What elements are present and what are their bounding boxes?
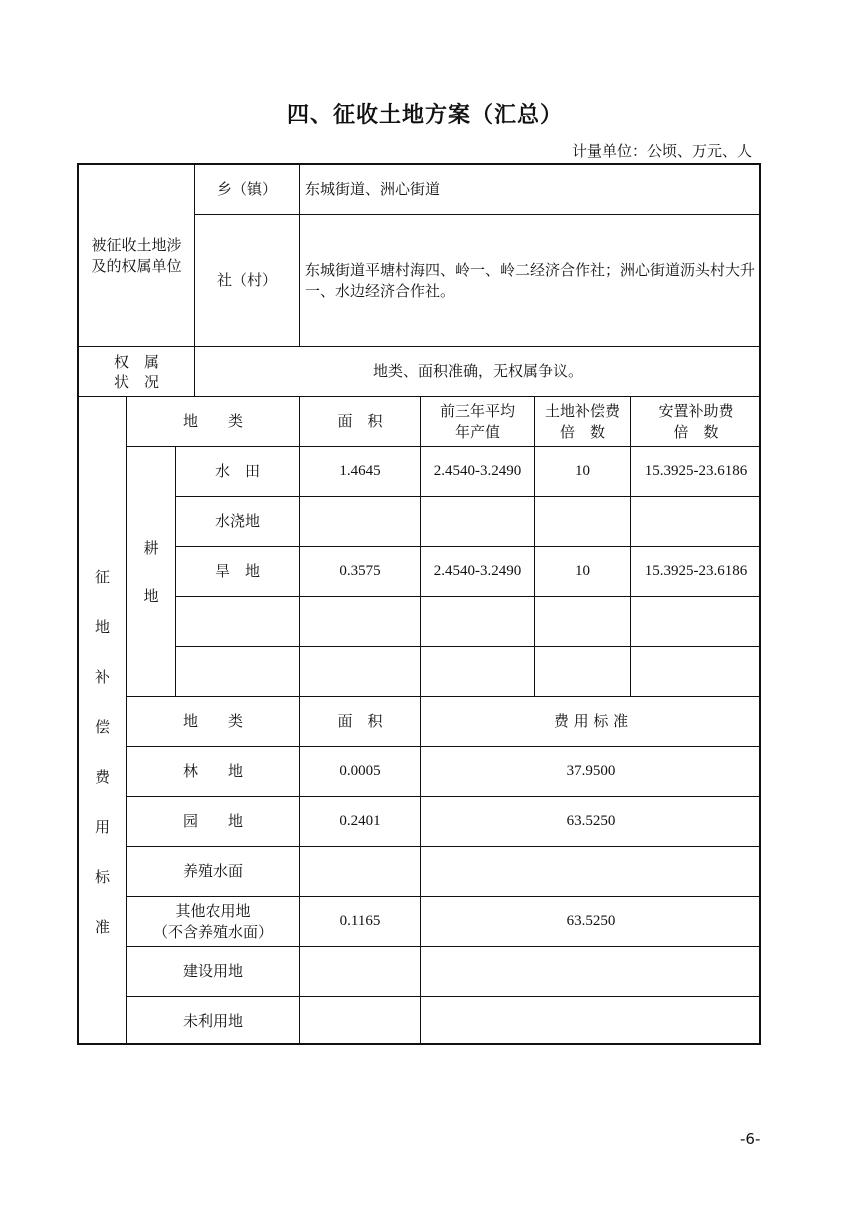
farmland-label: 耕 地 xyxy=(127,447,176,697)
resettle-cell: 15.3925-23.6186 xyxy=(631,547,761,597)
land-type-cell: 未利用地 xyxy=(127,997,300,1045)
land-type-cell: 林 地 xyxy=(127,747,300,797)
header2-land-type: 地 类 xyxy=(127,697,300,747)
village-label: 社（村） xyxy=(195,215,300,347)
header2-fee-standard: 费 用 标 准 xyxy=(421,697,761,747)
area-cell xyxy=(300,997,421,1045)
ownership-units-label: 被征收土地涉 及的权属单位 xyxy=(79,165,195,347)
land-comp-cell xyxy=(535,597,631,647)
land-comp-cell xyxy=(535,497,631,547)
avg-output-cell xyxy=(421,597,535,647)
land-type-cell: 旱 地 xyxy=(176,547,300,597)
fee-cell xyxy=(421,997,761,1045)
land-comp-cell xyxy=(535,647,631,697)
avg-output-cell: 2.4540-3.2490 xyxy=(421,547,535,597)
land-type-cell xyxy=(176,647,300,697)
land-type-cell: 其他农用地 （不含养殖水面） xyxy=(127,897,300,947)
area-cell: 0.2401 xyxy=(300,797,421,847)
area-cell xyxy=(300,647,421,697)
land-comp-cell: 10 xyxy=(535,447,631,497)
land-type-cell: 建设用地 xyxy=(127,947,300,997)
area-cell: 0.0005 xyxy=(300,747,421,797)
area-cell xyxy=(300,847,421,897)
page-number: -6- xyxy=(740,1130,760,1148)
header-land-comp-multiple: 土地补偿费 倍 数 xyxy=(535,397,631,447)
fee-cell: 63.5250 xyxy=(421,797,761,847)
fee-cell xyxy=(421,847,761,897)
ownership-status-value: 地类、面积准确，无权属争议。 xyxy=(195,347,761,397)
resettle-cell xyxy=(631,647,761,697)
ownership-status-label: 权 属 状 况 xyxy=(79,347,195,397)
header-area: 面 积 xyxy=(300,397,421,447)
area-cell: 0.1165 xyxy=(300,897,421,947)
resettle-cell xyxy=(631,597,761,647)
township-value: 东城街道、洲心街道 xyxy=(300,165,761,215)
avg-output-cell xyxy=(421,497,535,547)
resettle-cell xyxy=(631,497,761,547)
township-label: 乡（镇） xyxy=(195,165,300,215)
land-type-cell: 园 地 xyxy=(127,797,300,847)
village-value: 东城街道平塘村海四、岭一、岭二经济合作社；洲心街道沥头村大升一、水边经济合作社。 xyxy=(300,215,761,347)
area-cell xyxy=(300,947,421,997)
avg-output-cell: 2.4540-3.2490 xyxy=(421,447,535,497)
land-comp-cell: 10 xyxy=(535,547,631,597)
area-cell xyxy=(300,497,421,547)
header-avg-output: 前三年平均 年产值 xyxy=(421,397,535,447)
fee-cell xyxy=(421,947,761,997)
land-acquisition-table: 被征收土地涉 及的权属单位 乡（镇） 东城街道、洲心街道 社（村） 东城街道平塘… xyxy=(77,163,761,1045)
header-land-type: 地 类 xyxy=(127,397,300,447)
area-cell xyxy=(300,597,421,647)
land-type-cell: 水浇地 xyxy=(176,497,300,547)
land-type-cell: 水 田 xyxy=(176,447,300,497)
header-resettle-multiple: 安置补助费 倍 数 xyxy=(631,397,761,447)
measurement-unit: 计量单位：公顷、万元、人 xyxy=(572,140,752,161)
land-type-cell: 养殖水面 xyxy=(127,847,300,897)
avg-output-cell xyxy=(421,647,535,697)
header2-area: 面 积 xyxy=(300,697,421,747)
resettle-cell: 15.3925-23.6186 xyxy=(631,447,761,497)
land-type-cell xyxy=(176,597,300,647)
fee-cell: 63.5250 xyxy=(421,897,761,947)
page-title: 四、征收土地方案（汇总） xyxy=(0,98,850,129)
area-cell: 0.3575 xyxy=(300,547,421,597)
compensation-standard-label: 征 地 补 偿 费 用 标 准 xyxy=(79,397,127,1045)
area-cell: 1.4645 xyxy=(300,447,421,497)
fee-cell: 37.9500 xyxy=(421,747,761,797)
